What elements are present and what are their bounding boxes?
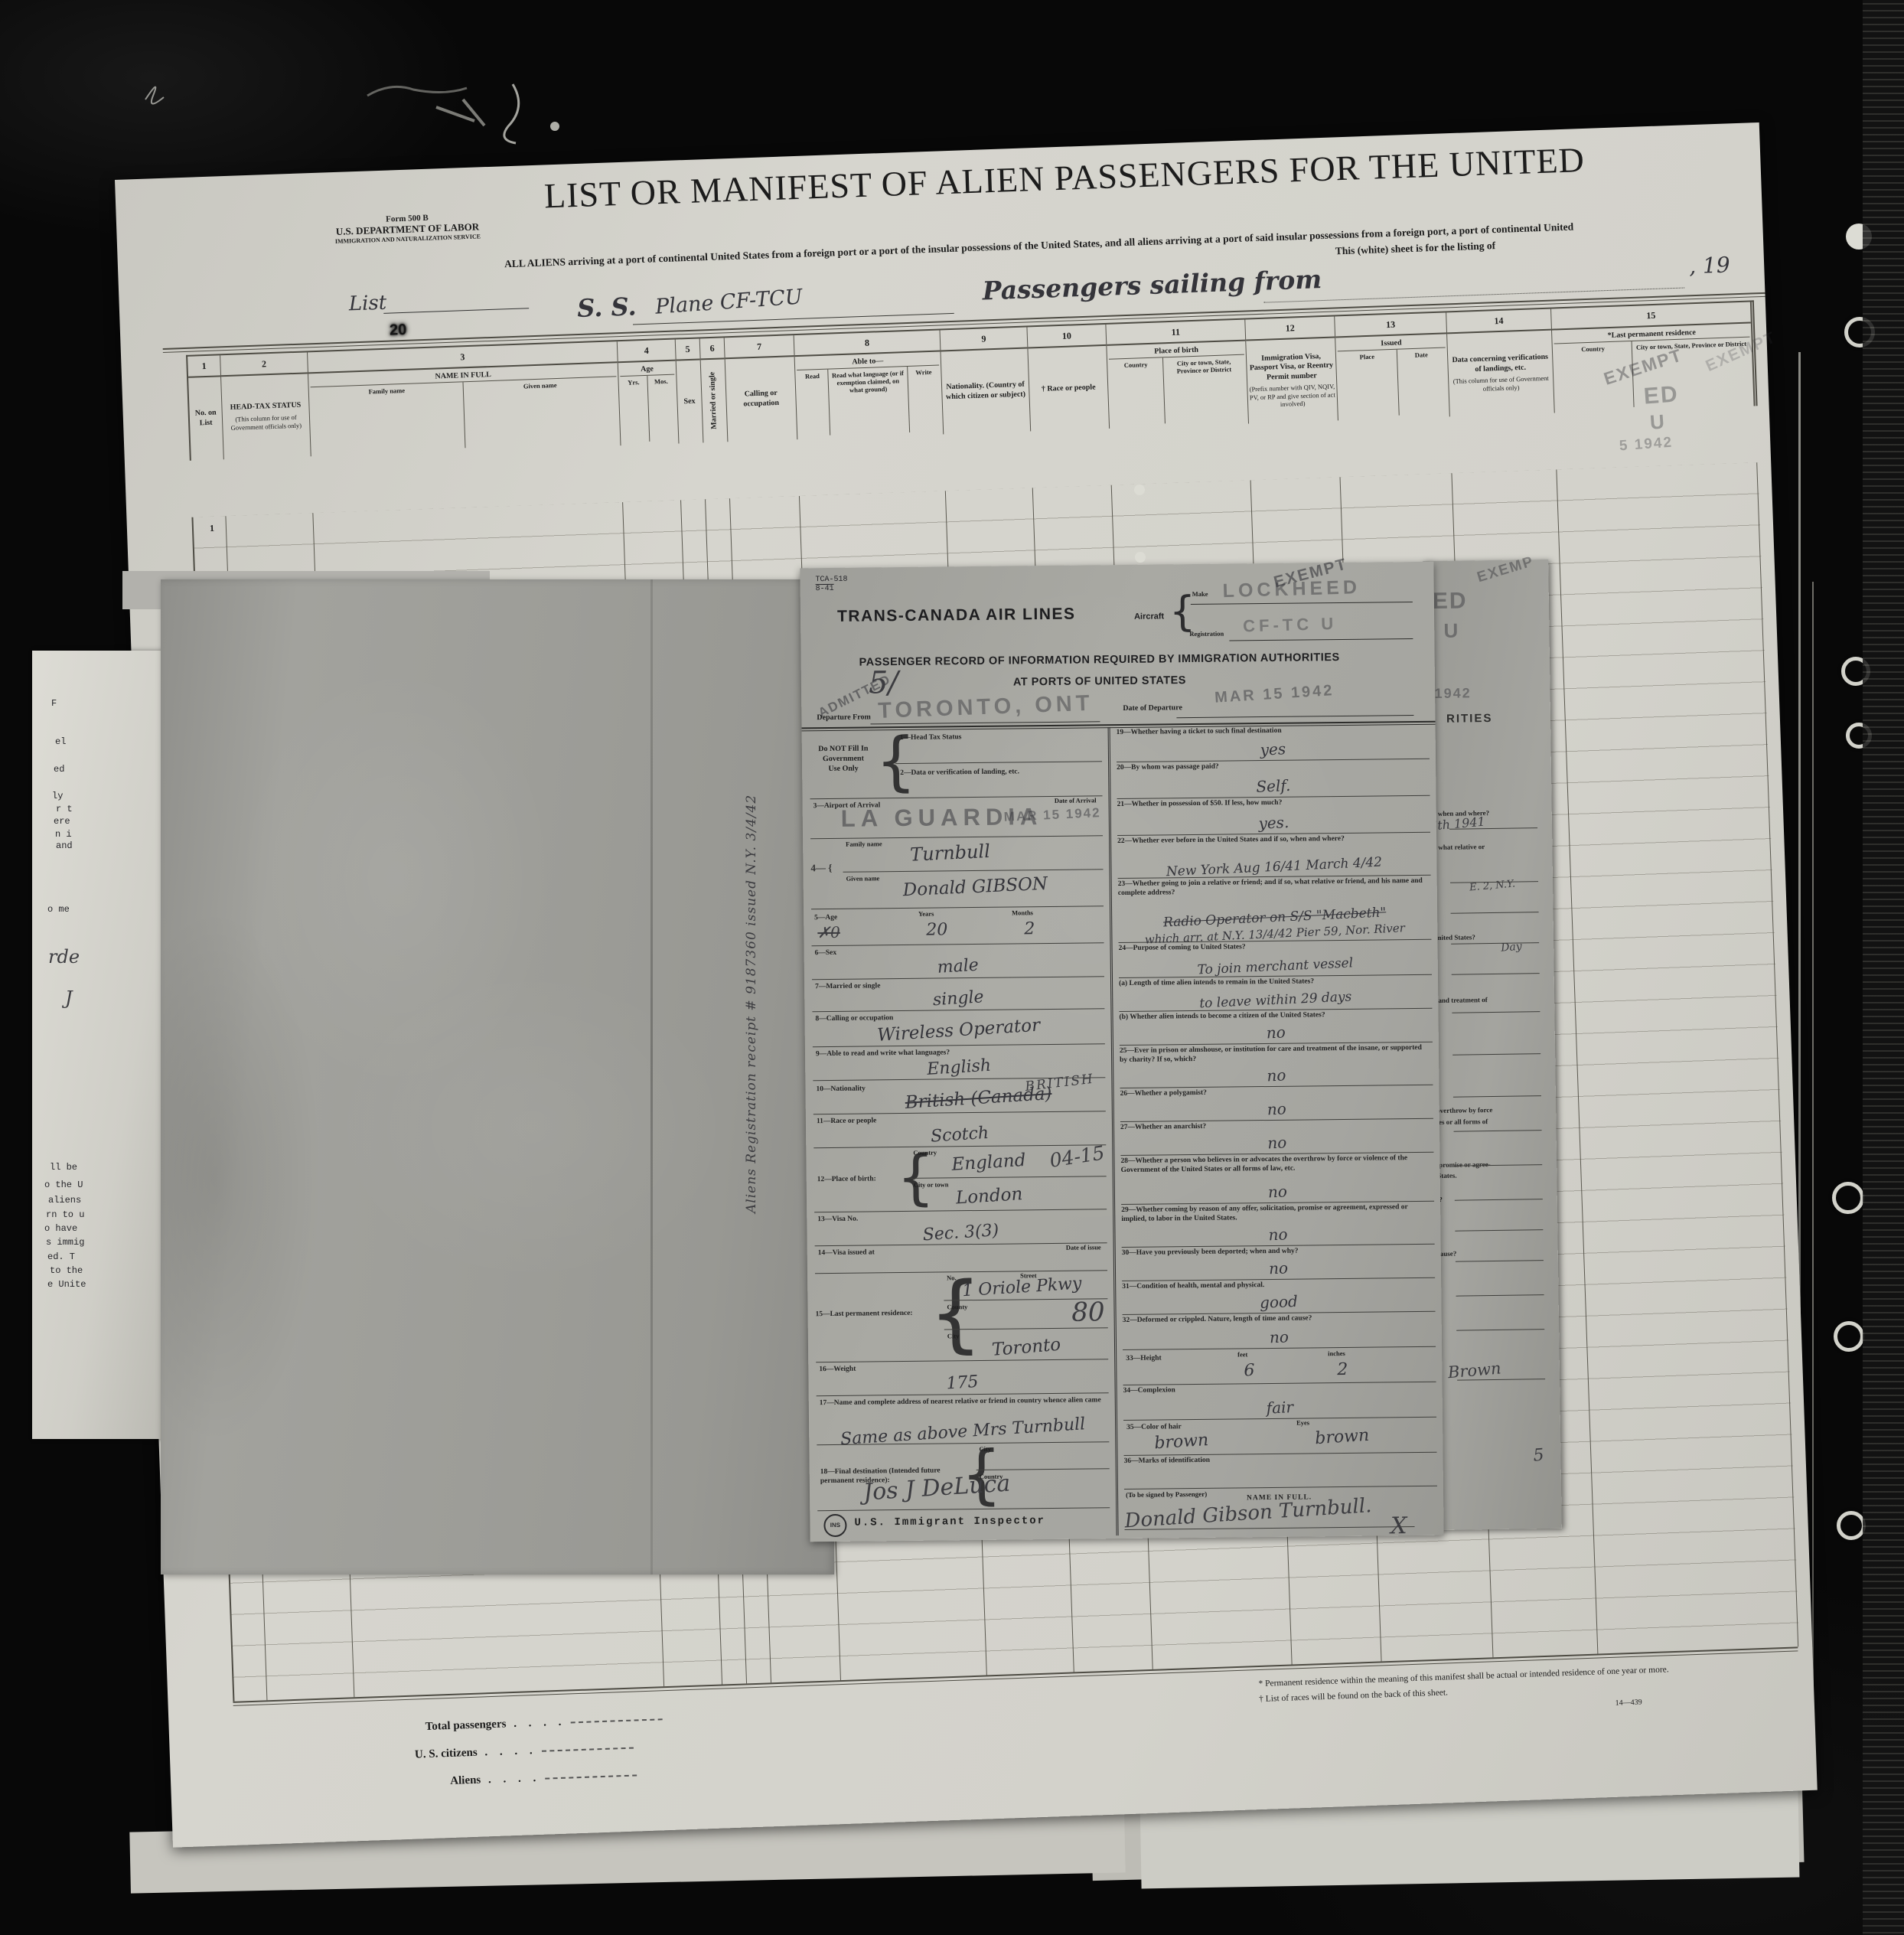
tca-field-right-(a)aaa: (a) Length of time alien intends to rema… (1119, 975, 1432, 1012)
tca-field-left-3: 5—Age✗0Years20Months2 (811, 906, 1104, 946)
manifest-column-10: 10† Race or people (1027, 325, 1110, 431)
sign-note: (To be signed by Passenger) (1126, 1490, 1207, 1499)
column-note: (Prefix number with QIV, NQIV, PV, or RP… (1249, 383, 1335, 410)
age-scratch: ✗0 (817, 923, 840, 941)
tca-code-1: TCA-518 (815, 576, 847, 584)
gov-note: Do NOT Fill InGovernmentUse Only (810, 743, 877, 774)
record-title-1: PASSENGER RECORD OF INFORMATION REQUIRED… (817, 651, 1383, 669)
tca-field-right-(b)abaa: (b) Whether alien intends to become a ci… (1119, 1009, 1432, 1046)
inspector-stamp-circle: INS (823, 1514, 846, 1537)
totals-line (545, 1774, 637, 1779)
totals-dots: . . . . (506, 1716, 566, 1731)
typed-fragment: rn to u (46, 1209, 84, 1220)
years-value: 20 (926, 920, 947, 939)
carbon-print-fragment: ause? (1440, 1248, 1457, 1259)
column-label-text: Calling or occupation (728, 388, 794, 410)
column-subheader: Date (1397, 348, 1447, 415)
column-subheader: Yrs. (620, 375, 649, 442)
carbon-rule-line (1455, 1229, 1543, 1232)
manifest-column-9: 9Nationality. (Country of which citizen … (941, 328, 1032, 434)
mid-rule (895, 761, 1102, 764)
tca-field-left-0: Do NOT Fill InGovernmentUse Only{1—Head … (810, 727, 1103, 799)
column-subheader: Place (1338, 349, 1400, 417)
column-number: 10 (1027, 325, 1106, 349)
carbon-rule-line (1454, 1130, 1542, 1132)
rule-line (843, 869, 1104, 873)
totals-dots: . . . . (481, 1772, 541, 1787)
manifest-column-8: 8Able to—ReadRead what language (or if e… (794, 330, 944, 439)
months-label: Months (1012, 909, 1033, 916)
year-label: , 19 (1689, 252, 1731, 279)
list-line (383, 308, 529, 314)
typed-fragment: aliens (48, 1195, 81, 1206)
footnote-2: † List of races will be found on the bac… (1259, 1688, 1448, 1704)
tca-field-left-11: 13—Visa No.Sec. 3(3) (814, 1209, 1107, 1246)
carbon-rule-line (1451, 942, 1539, 945)
inches-label: inches (1328, 1349, 1345, 1357)
column-subheaders: PlaceDate (1338, 347, 1448, 417)
column-label: IssuedPlaceDate (1335, 334, 1449, 419)
tca-field-right-21: 21—Whether in possession of $50. If less… (1117, 796, 1430, 836)
carbon-rule-line (1453, 1095, 1541, 1098)
name-brace: 4— { (810, 862, 832, 874)
family-name-label: Family name (846, 840, 882, 847)
column-label: Place of birthCountryCity or town, State… (1107, 341, 1248, 429)
column-label-text: No. on List (191, 409, 221, 429)
column-number: 2 (220, 352, 308, 377)
punch-dot (1135, 552, 1146, 563)
column-label: HEAD-TAX STATUS(This column for use of G… (221, 374, 311, 458)
tca-field-right-28: 28—Whether a person who believes in or a… (1120, 1153, 1434, 1205)
punch-dot (1134, 485, 1145, 495)
tca-field-left-9: 11—Race or peopleScotch (813, 1111, 1106, 1148)
column-label: Immigration Visa, Passport Visa, or Reen… (1246, 338, 1338, 423)
question-label: 21—Whether in possession of $50. If less… (1117, 796, 1430, 810)
registration-label: Registration (1189, 630, 1224, 638)
totals-label: Aliens (450, 1774, 481, 1787)
family-name-value: Turnbull (910, 840, 991, 866)
carbon-rule-line (1456, 1329, 1544, 1331)
field-label-2: Date of Arrival (1055, 796, 1097, 804)
manifest-column-7: 7Calling or occupation (725, 335, 798, 442)
typed-fragment: J (65, 987, 73, 1009)
typed-fragment: n i (55, 829, 72, 840)
column-number: 12 (1245, 317, 1335, 341)
typed-fragment: o the U (44, 1180, 83, 1190)
column-subheader: Given name (463, 377, 618, 448)
arrival-date-stamp: MAR 15 1942 (1003, 805, 1101, 825)
column-label-text: † Race or people (1031, 382, 1106, 394)
column-number: 5 (676, 338, 700, 361)
tca-field-right-25: 25—Ever in prison or almshouse, or insti… (1120, 1043, 1433, 1088)
tca-field-right-19: 19—Whether having a ticket to such final… (1117, 724, 1430, 762)
typed-fragment: and (56, 840, 73, 851)
typed-fragment: ed (54, 764, 64, 775)
column-number: 6 (700, 338, 725, 360)
city-label: City (947, 1332, 960, 1339)
tca-left-column: Do NOT Fill InGovernmentUse Only{1—Head … (810, 727, 1110, 1539)
column-subheader: City or town, State, Province or Distric… (1163, 354, 1247, 423)
question-label: 20—By whom was passage paid? (1117, 759, 1430, 773)
typed-fragment: o me (47, 904, 70, 915)
tca-field-left-4: 6—Sexmale (812, 943, 1104, 980)
manifest-column-14: 14Data concerning verifications of landi… (1446, 309, 1555, 416)
city-value: London (955, 1184, 1023, 1208)
totals-row: Aliens . . . . (450, 1768, 637, 1788)
stamp-through-mark: U (1649, 410, 1667, 434)
film-scan-stage: Form 500 B U.S. DEPARTMENT OF LABOR IMMI… (0, 0, 1904, 1935)
column-subheader: Read (797, 369, 830, 436)
tca-field-right-20: (To be signed by Passenger)NAME IN FULL.… (1124, 1486, 1438, 1535)
age-label: 5—Age (814, 912, 837, 923)
city-label: City or town (914, 1180, 949, 1188)
carbon-print-fragment: promise or agree- (1439, 1159, 1491, 1170)
manifest-column-6: 6Married or single (700, 338, 729, 442)
column-subheader: Family name (311, 382, 466, 453)
tca-field-right-36: 36—Marks of identification (1124, 1453, 1437, 1490)
tca-field-left-8: 10—NationalityBRITISHBritish (Canada) (813, 1078, 1105, 1114)
film-scratches (115, 54, 574, 161)
field-label: 14—Visa issued at (818, 1247, 875, 1258)
column-subheaders: CountryCity or town, State, Province or … (1109, 354, 1247, 425)
manifest-column-2: 2HEAD-TAX STATUS(This column for use of … (220, 352, 311, 458)
carbon-print-fragment: o, what relative or (1431, 841, 1485, 852)
tca-field-right-24: 24—Purpose of coming to United States?To… (1119, 940, 1432, 978)
manifest-column-5: 5Sex (676, 338, 704, 443)
tca-field-right-32: 32—Deformed or crippled. Nature, length … (1123, 1312, 1436, 1350)
underlying-typed-page: Feledlyr teren iando merdeJll beo the Ua… (32, 651, 182, 1439)
tca-right-column: 19—Whether having a ticket to such final… (1108, 724, 1438, 1535)
totals-label: Total passengers (425, 1718, 507, 1733)
column-label-text: Sex (679, 396, 699, 406)
country-label: Country (913, 1149, 937, 1157)
question-label: 28—Whether a person who believes in or a… (1120, 1153, 1433, 1176)
list-label: List (348, 292, 386, 316)
carbon-handwriting-fragment: Brown (1447, 1359, 1501, 1382)
carbon-rule-line (1457, 1379, 1545, 1381)
carbon-rule-line (1449, 827, 1537, 830)
column-subheader: Write (908, 365, 941, 432)
column-number: 1 (187, 355, 220, 377)
birth-extra: 04-15 (1048, 1141, 1107, 1171)
question-label: 24—Purpose of coming to United States? (1119, 940, 1432, 954)
given-name-value: Donald GIBSON (902, 874, 1048, 901)
make-label: Make (1192, 590, 1208, 598)
totals-label: U. S. citizens (415, 1747, 478, 1761)
tca-field-left-16: 18—Final destination (Intended future pe… (817, 1442, 1110, 1511)
carbon-rule-line (1456, 1294, 1544, 1297)
question-label: (a) Length of time alien intends to rema… (1119, 975, 1432, 989)
tca-passenger-record-form: TCA-518 8-41 TRANS-CANADA AIR LINES Airc… (800, 562, 1443, 1542)
registration-line (1229, 638, 1413, 641)
carbon-rule-line (1451, 912, 1539, 914)
eyes-label: Eyes (1296, 1418, 1309, 1426)
carbon-rule-line (1452, 973, 1540, 975)
head-tax-label: 1—Head Tax Status (900, 732, 962, 743)
column-label: Married or single (701, 359, 728, 442)
column-label: Able to—ReadRead what language (or if ex… (795, 351, 944, 439)
tca-field-right-22: 22—Whether ever before in the United Sta… (1117, 833, 1431, 879)
totals-dots: . . . . (477, 1744, 537, 1759)
column-note: (This column for use of Government offic… (224, 413, 308, 432)
carbon-print-fragment: e and treatment of (1433, 994, 1488, 1005)
typed-fragment: r t (56, 804, 73, 814)
rule-line (911, 1176, 1107, 1179)
nationality-value: British (Canada) (905, 1084, 1052, 1113)
column-label: Data concerning verifications of landing… (1447, 331, 1554, 416)
carbon-stamp-fragment: ED (1433, 588, 1468, 615)
question-label: 23—Whether going to join a relative or f… (1118, 876, 1431, 899)
print-code: 14—439 (1615, 1698, 1642, 1708)
gov-note-line: Use Only (810, 763, 877, 774)
tca-form-code: TCA-518 8-41 (815, 576, 847, 594)
gov-note-line: Government (810, 753, 877, 764)
column-subheaders: ReadRead what language (or if exemption … (797, 364, 941, 436)
feet-value: 6 (1244, 1361, 1254, 1380)
film-punch-hole (1837, 1511, 1866, 1540)
typed-fragment: s immig (46, 1237, 84, 1248)
tca-field-right-33: 33—Heightfeet6inches2 (1123, 1347, 1436, 1385)
height-label: 33—Height (1126, 1353, 1162, 1363)
typed-fragment: rde (48, 946, 80, 967)
totals-line (542, 1747, 634, 1751)
footnote-1: * Permanent residence within the meaning… (1258, 1665, 1669, 1689)
carbon-print-fragment: overthrow by force (1436, 1105, 1492, 1115)
alien-registration-side-note: Aliens Registration receipt # 9187360 is… (744, 662, 759, 1213)
typed-fragment: to the (50, 1265, 83, 1276)
city-value: Toronto (991, 1335, 1061, 1360)
airline-name: TRANS-CANADA AIR LINES (837, 605, 1076, 626)
typed-fragment: F (51, 698, 57, 709)
manifest-column-1: 1No. on List (187, 355, 224, 460)
hair-label: 35—Color of hair (1126, 1421, 1182, 1433)
carbon-print-fragment: United States? (1433, 932, 1475, 942)
field-label-2: Date of issue (1066, 1243, 1101, 1251)
ss-prefix: S. S. (577, 292, 637, 323)
carbon-handwriting-fragment: 5 (1532, 1446, 1544, 1466)
carbon-stamp-fragment: RITIES (1446, 712, 1493, 726)
page-edge-line-2 (1812, 582, 1814, 1760)
tca-field-right-29: 29—Whether coming by reason of any offer… (1121, 1202, 1435, 1248)
page-fold (650, 579, 653, 1574)
column-label: No. on List (188, 377, 223, 460)
column-subheaders: Family nameGiven name (311, 376, 619, 453)
tca-field-right-20: 20—By whom was passage paid?Self. (1117, 759, 1430, 799)
typed-fragment: el (55, 736, 66, 747)
carbon-print-fragment: ies or all forms of (1436, 1116, 1488, 1127)
carbon-rule-line (1456, 1260, 1544, 1262)
carbon-rule-line (1452, 1011, 1540, 1013)
column-label: † Race or people (1028, 346, 1109, 431)
tca-field-left-2: 4— {Family nameTurnbullGiven nameDonald … (810, 836, 1104, 909)
typed-fragment: ll be (50, 1162, 77, 1173)
tca-carbon-copy: EXEMPEDU5 1942RITIESo, when and where?o,… (1423, 560, 1562, 1530)
totals-line (570, 1718, 662, 1723)
column-subheader: Read what language (or if exemption clai… (828, 366, 910, 435)
carbon-rule-line (1455, 1199, 1543, 1201)
field-label: 12—Place of birth: (817, 1173, 876, 1185)
hair-value: brown (1154, 1431, 1209, 1453)
carbon-rule-line (1452, 1053, 1540, 1056)
film-punch-hole (1834, 1321, 1864, 1352)
column-label-text: HEAD-TAX STATUS (223, 401, 307, 413)
x-mark: X (1391, 1512, 1407, 1539)
column-label-text: Married or single (708, 372, 719, 429)
field-label: 17—Name and complete address of nearest … (820, 1395, 1103, 1408)
aircraft-registration-stamp: CF-TC U (1243, 614, 1338, 636)
tca-field-right-31: 31—Condition of health, mental and physi… (1122, 1278, 1435, 1315)
typed-fragment: ly (52, 791, 63, 801)
feet-label: feet (1237, 1350, 1247, 1358)
column-label: Sex (677, 360, 703, 443)
question-label: 36—Marks of identification (1124, 1453, 1437, 1467)
field-label: 15—Last permanent residence: (815, 1308, 930, 1320)
question-label: 22—Whether ever before in the United Sta… (1117, 833, 1430, 847)
typed-fragment: ed. T (47, 1251, 75, 1262)
grey-cover-page (161, 579, 834, 1574)
manifest-column-13: 13IssuedPlaceDate (1335, 312, 1450, 420)
tca-field-right-27: 27—Whether an anarchist?no (1120, 1119, 1433, 1156)
carbon-stamp-fragment: U (1443, 619, 1459, 643)
given-name-label: Given name (846, 874, 880, 882)
gov-note-line: Do NOT Fill In (810, 743, 877, 754)
column-label: Nationality. (Country of which citizen o… (941, 349, 1030, 434)
aircraft-label: Aircraft (1134, 612, 1164, 621)
eyes-value: brown (1315, 1426, 1370, 1448)
film-sprocket-edge (1863, 0, 1904, 1935)
city-label: City (979, 1445, 991, 1453)
tca-field-left-5: 7—Married or singlesingle (812, 977, 1104, 1012)
manifest-column-11: 11Place of birthCountryCity or town, Sta… (1106, 320, 1249, 429)
typed-fragment: o have (44, 1223, 77, 1234)
tca-field-right-26: 26—Whether a polygamist?no (1120, 1085, 1433, 1122)
typed-fragment: e Unite (47, 1279, 86, 1290)
column-number: 7 (725, 335, 794, 359)
county-extra: 80 (1071, 1297, 1105, 1327)
column-label-text: Nationality. (Country of which citizen o… (944, 380, 1028, 403)
manifest-body-column (1557, 462, 1798, 1653)
tca-code-2: 8-41 (816, 584, 834, 593)
column-note: (This column for use of Government offic… (1450, 374, 1552, 394)
months-value: 2 (1024, 919, 1035, 938)
manifest-column-4: 4AgeYrs.Mos. (618, 340, 680, 445)
carbon-print-fragment: States. (1437, 1170, 1456, 1181)
carbon-rule-line (1454, 1164, 1542, 1167)
stamp-through-mark: ED (1643, 381, 1680, 410)
row-number-first: 1 (201, 522, 224, 534)
list-number-stamp: 20 (390, 321, 407, 340)
ss-vessel-handwriting: Plane CF-TCU (654, 285, 803, 318)
column-label: Calling or occupation (725, 357, 797, 442)
column-label: NAME IN FULLFamily nameGiven name (308, 363, 621, 456)
totals-row: Total passengers . . . . (425, 1712, 663, 1734)
tca-field-right-34: 34—Complexionfair (1123, 1382, 1436, 1421)
sailing-label: Passengers sailing from (982, 264, 1322, 305)
departure-date-label: Date of Departure (1123, 703, 1182, 713)
totals-row: U. S. citizens . . . . (415, 1741, 634, 1762)
film-punch-hole (1832, 1182, 1864, 1214)
inspector-title: U.S. Immigrant Inspector (854, 1515, 1045, 1529)
field-label: 10—Nationality (816, 1084, 866, 1095)
column-label: AgeYrs.Mos. (618, 361, 679, 445)
tca-field-left-13: 15—Last permanent residence:{No.Street1 … (815, 1271, 1108, 1362)
departure-date-line (1176, 715, 1413, 718)
tca-field-left-10: 12—Place of birth:{CountryEngland04-15Ci… (813, 1145, 1107, 1212)
departure-from-label: Departure From (817, 713, 871, 722)
departure-city-stamp: TORONTO, ONT (878, 691, 1094, 724)
no-label: No. (947, 1274, 957, 1281)
manifest-column-12: 12Immigration Visa, Passport Visa, or Re… (1245, 316, 1338, 423)
column-label-text: Immigration Visa, Passport Visa, or Reen… (1248, 351, 1335, 383)
tca-field-left-6: 8—Calling or occupationWireless Operator (812, 1009, 1104, 1047)
column-number: 4 (618, 340, 676, 364)
tca-field-right-35: 35—Color of hairbrownEyesbrown (1123, 1418, 1436, 1456)
admitted-handwritten-note: 5/ (869, 665, 898, 700)
column-label-text: Data concerning verifications of landing… (1449, 353, 1551, 376)
landing-verification-label: 2—Data or verification of landing, etc. (900, 766, 1019, 778)
manifest-title: LIST OR MANIFEST OF ALIEN PASSENGERS FOR… (543, 139, 1586, 216)
county-label: County (947, 1303, 967, 1310)
column-subheaders: Yrs.Mos. (620, 374, 677, 442)
tca-field-left-17: INSU.S. Immigrant Inspector (817, 1508, 1110, 1539)
column-number: 9 (941, 328, 1028, 352)
years-label: Years (918, 910, 934, 918)
carbon-handwriting-fragment: E. 2, N.Y. (1469, 878, 1516, 893)
manifest-column-3: 3NAME IN FULLFamily nameGiven name (308, 341, 621, 456)
tca-field-right-30: 30—Have you previously been deported; wh… (1122, 1245, 1435, 1281)
tca-field-left-14: 16—Weight175 (816, 1359, 1108, 1396)
country-value: England (951, 1150, 1026, 1175)
tca-field-left-1: 3—Airport of ArrivalDate of ArrivalLA GU… (810, 796, 1104, 839)
inches-value: 2 (1337, 1360, 1348, 1379)
tca-field-right-23: 23—Whether going to join a relative or f… (1118, 876, 1432, 943)
column-subheader: Country (1109, 357, 1166, 425)
column-subheader: Mos. (647, 374, 677, 441)
typed-fragment: ere (54, 816, 70, 827)
